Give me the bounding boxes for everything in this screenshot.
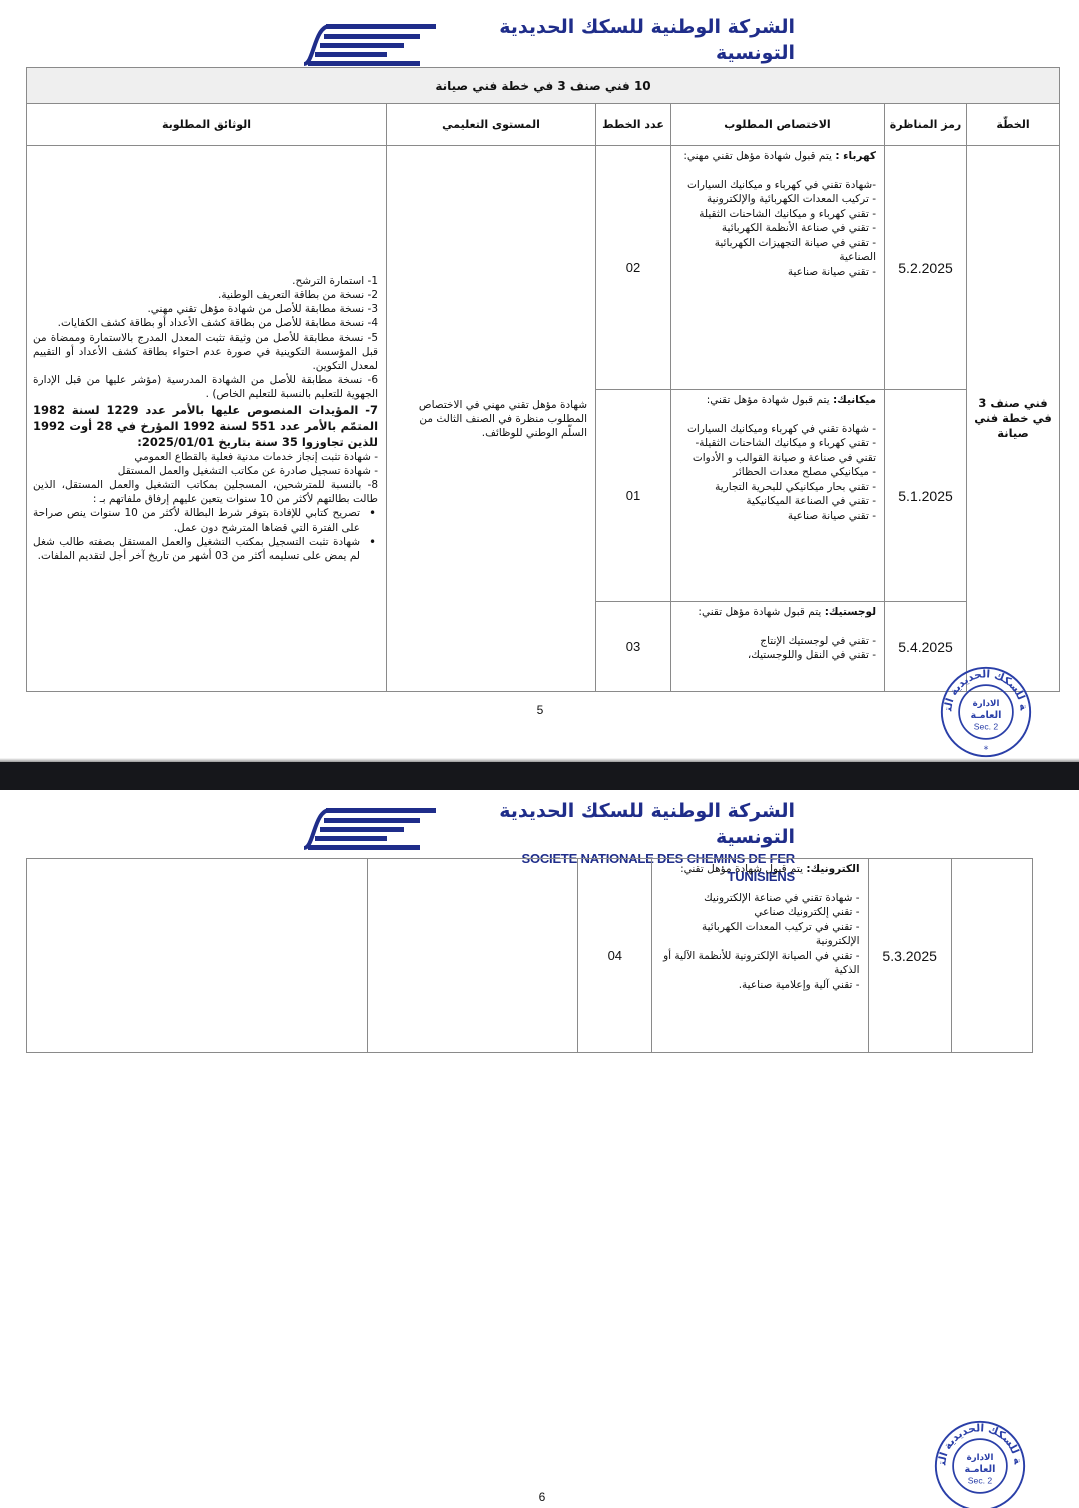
document-item: 5- نسخة مطابقة للأصل من وثيقة تثبت المعد…: [33, 331, 378, 374]
table-banner-row: 10 فني صنف 3 في خطة فني صيانة: [27, 68, 1060, 104]
specialty-item: - ميكانيكي مصلح معدات الحظائر: [675, 465, 876, 480]
specialty-intro: يتم قبول شهادة مؤهل تقني:: [698, 606, 821, 618]
company-name-ar: الشركة الوطنية للسكك الحديدية التونسية: [465, 798, 795, 850]
page-number: 5: [510, 703, 570, 717]
document-item-8: 8- بالنسبة للمترشحين، المسجلين بمكاتب ال…: [33, 478, 378, 506]
contest-code: 5.1.2025: [885, 390, 967, 602]
specialty-intro: يتم قبول شهادة مؤهل تقني:: [707, 394, 830, 406]
specialty-title: ميكانيك:: [833, 394, 876, 406]
document-page-6: الشركة الوطنية للسكك الحديدية التونسية S…: [0, 790, 1079, 1508]
specialty-item: - تركيب المعدات الكهربائية والإلكترونية: [675, 192, 876, 207]
letterhead: الشركة الوطنية للسكك الحديدية التونسية S…: [300, 14, 800, 66]
header-positions-count: عدد الخطط: [596, 104, 671, 146]
document-subitem: - شهادة تسجيل صادرة عن مكاتب التشغيل وال…: [33, 464, 378, 478]
stamp-text: العامـة: [971, 710, 1002, 721]
header-contest-code: رمز المناظرة: [885, 104, 967, 146]
document-item: 4- نسخة مطابقة للأصل من بطاقة كشف الأعدا…: [33, 316, 378, 330]
specialty-item: - تقني صيانة صناعية: [675, 265, 876, 280]
official-stamp-icon: الوطنية للسكك الحديدية التونسية الادارة …: [932, 1418, 1028, 1508]
specialty-item: - شهادة تقني في كهرباء وميكانيك السيارات: [675, 422, 876, 437]
positions-count: 02: [596, 146, 671, 390]
positions-count: 04: [578, 859, 652, 1053]
specialty-intro: يتم قبول شهادة مؤهل تقني:: [680, 863, 803, 875]
contest-code: 5.3.2025: [868, 859, 951, 1053]
document-page-5: الشركة الوطنية للسكك الحديدية التونسية S…: [0, 0, 1079, 762]
stamp-text: الادارة: [973, 699, 1000, 709]
document-bullet: تصريح كتابي للإفادة بتوفر شرط البطالة لأ…: [33, 506, 378, 534]
stamp-text: العامـة: [965, 1464, 996, 1475]
contest-code: 5.2.2025: [885, 146, 967, 390]
positions-count: 03: [596, 602, 671, 692]
required-documents: [27, 859, 368, 1053]
education-level: [368, 859, 578, 1053]
specialty-item: - تقني في تركيب المعدات الكهربائية الإلك…: [656, 920, 859, 949]
company-name-ar: الشركة الوطنية للسكك الحديدية التونسية: [465, 14, 795, 66]
table-banner: 10 فني صنف 3 في خطة فني صيانة: [27, 68, 1060, 104]
specialty-item: - تقني في الصيانة الإلكترونية للأنظمة ال…: [656, 949, 859, 978]
recruitment-table: 10 فني صنف 3 في خطة فني صيانة الخطّة رمز…: [26, 67, 1060, 692]
sncft-logo-icon: [300, 804, 440, 850]
specialty-item: - تقني صيانة صناعية: [675, 509, 876, 524]
svg-text:*: *: [984, 744, 989, 755]
document-item: 2- نسخة من بطاقة التعريف الوطنية.: [33, 288, 378, 302]
specialty-item: - تقني في لوجستيك الإنتاج: [675, 634, 876, 649]
specialty-item: -شهادة تقني في كهرباء و ميكانيك السيارات: [675, 178, 876, 193]
stamp-text: Sec. 2: [968, 1475, 993, 1485]
header-specialty: الاختصاص المطلوب: [671, 104, 885, 146]
specialty-item: - تقني كهرباء و ميكانيك الشاحنات الثقيلة…: [675, 436, 876, 465]
document-bullet: شهادة تثبت التسجيل بمكتب التشغيل والعمل …: [33, 535, 378, 563]
document-item: 6- نسخة مطابقة للأصل من الشهادة المدرسية…: [33, 373, 378, 401]
sncft-logo-icon: [300, 20, 440, 66]
stamp-text: Sec. 2: [974, 721, 999, 731]
plan-cell: فني صنف 3 في خطة فني صيانة: [967, 146, 1060, 692]
specialty-item: - تقني في الصناعة الميكانيكية: [675, 494, 876, 509]
specialty-title: كهرباء :: [835, 150, 876, 162]
specialty-item: - تقني إلكترونيك صناعي: [656, 905, 859, 920]
education-level: شهادة مؤهل تقني مهني في الاختصاص المطلوب…: [387, 146, 596, 692]
header-plan: الخطّة: [967, 104, 1060, 146]
document-item: 1- استمارة الترشح.: [33, 274, 378, 288]
specialty-cell: الكترونيك: يتم قبول شهادة مؤهل تقني: - ش…: [652, 859, 868, 1053]
official-stamp-icon: الوطنية للسكك الحديدية التونسية الادارة …: [938, 664, 1034, 760]
specialty-item: - تقني آلية وإعلامية صناعية.: [656, 978, 859, 993]
specialty-item: - تقني في صناعة الأنظمة الكهربائية: [675, 221, 876, 236]
specialty-cell: كهرباء : يتم قبول شهادة مؤهل تقني مهني: …: [671, 146, 885, 390]
specialty-intro: يتم قبول شهادة مؤهل تقني مهني:: [683, 150, 832, 162]
document-item-7: 7- المؤيدات المنصوص عليها بالأمر عدد 122…: [33, 402, 378, 450]
table-header-row: الخطّة رمز المناظرة الاختصاص المطلوب عدد…: [27, 104, 1060, 146]
table-row: 5.3.2025 الكترونيك: يتم قبول شهادة مؤهل …: [27, 859, 1033, 1053]
document-subitem: - شهادة تثبت إنجاز خدمات مدنية فعلية بال…: [33, 450, 378, 464]
specialty-item: - تقني في صيانة التجهيزات الكهربائية الص…: [675, 236, 876, 265]
specialty-cell: ميكانيك: يتم قبول شهادة مؤهل تقني: - شها…: [671, 390, 885, 602]
document-bullets: تصريح كتابي للإفادة بتوفر شرط البطالة لأ…: [33, 506, 378, 563]
specialty-cell: لوجستيك: يتم قبول شهادة مؤهل تقني: - تقن…: [671, 602, 885, 692]
table-row: فني صنف 3 في خطة فني صيانة 5.2.2025 كهرب…: [27, 146, 1060, 390]
required-documents: 1- استمارة الترشح. 2- نسخة من بطاقة التع…: [27, 146, 387, 692]
letterhead: الشركة الوطنية للسكك الحديدية التونسية S…: [300, 798, 800, 850]
page-number: 6: [512, 1490, 572, 1504]
specialty-item: - شهادة تقني في صناعة الإلكترونيك: [656, 891, 859, 906]
recruitment-table-continued: 5.3.2025 الكترونيك: يتم قبول شهادة مؤهل …: [26, 858, 1033, 1053]
specialty-title: لوجستيك:: [825, 606, 876, 618]
header-required-documents: الوثائق المطلوبة: [27, 104, 387, 146]
positions-count: 01: [596, 390, 671, 602]
stamp-text: الادارة: [967, 1453, 994, 1463]
specialty-item: - تقني بحار ميكانيكي للبحرية التجارية: [675, 480, 876, 495]
plan-cell: [951, 859, 1032, 1053]
specialty-item: - تقني في النقل واللوجستيك،: [675, 648, 876, 663]
header-education-level: المستوى التعليمي: [387, 104, 596, 146]
specialty-item: - تقني كهرباء و ميكانيك الشاحنات الثقيلة: [675, 207, 876, 222]
document-item: 3- نسخة مطابقة للأصل من شهادة مؤهل تقني …: [33, 302, 378, 316]
specialty-title: الكترونيك:: [806, 863, 859, 875]
